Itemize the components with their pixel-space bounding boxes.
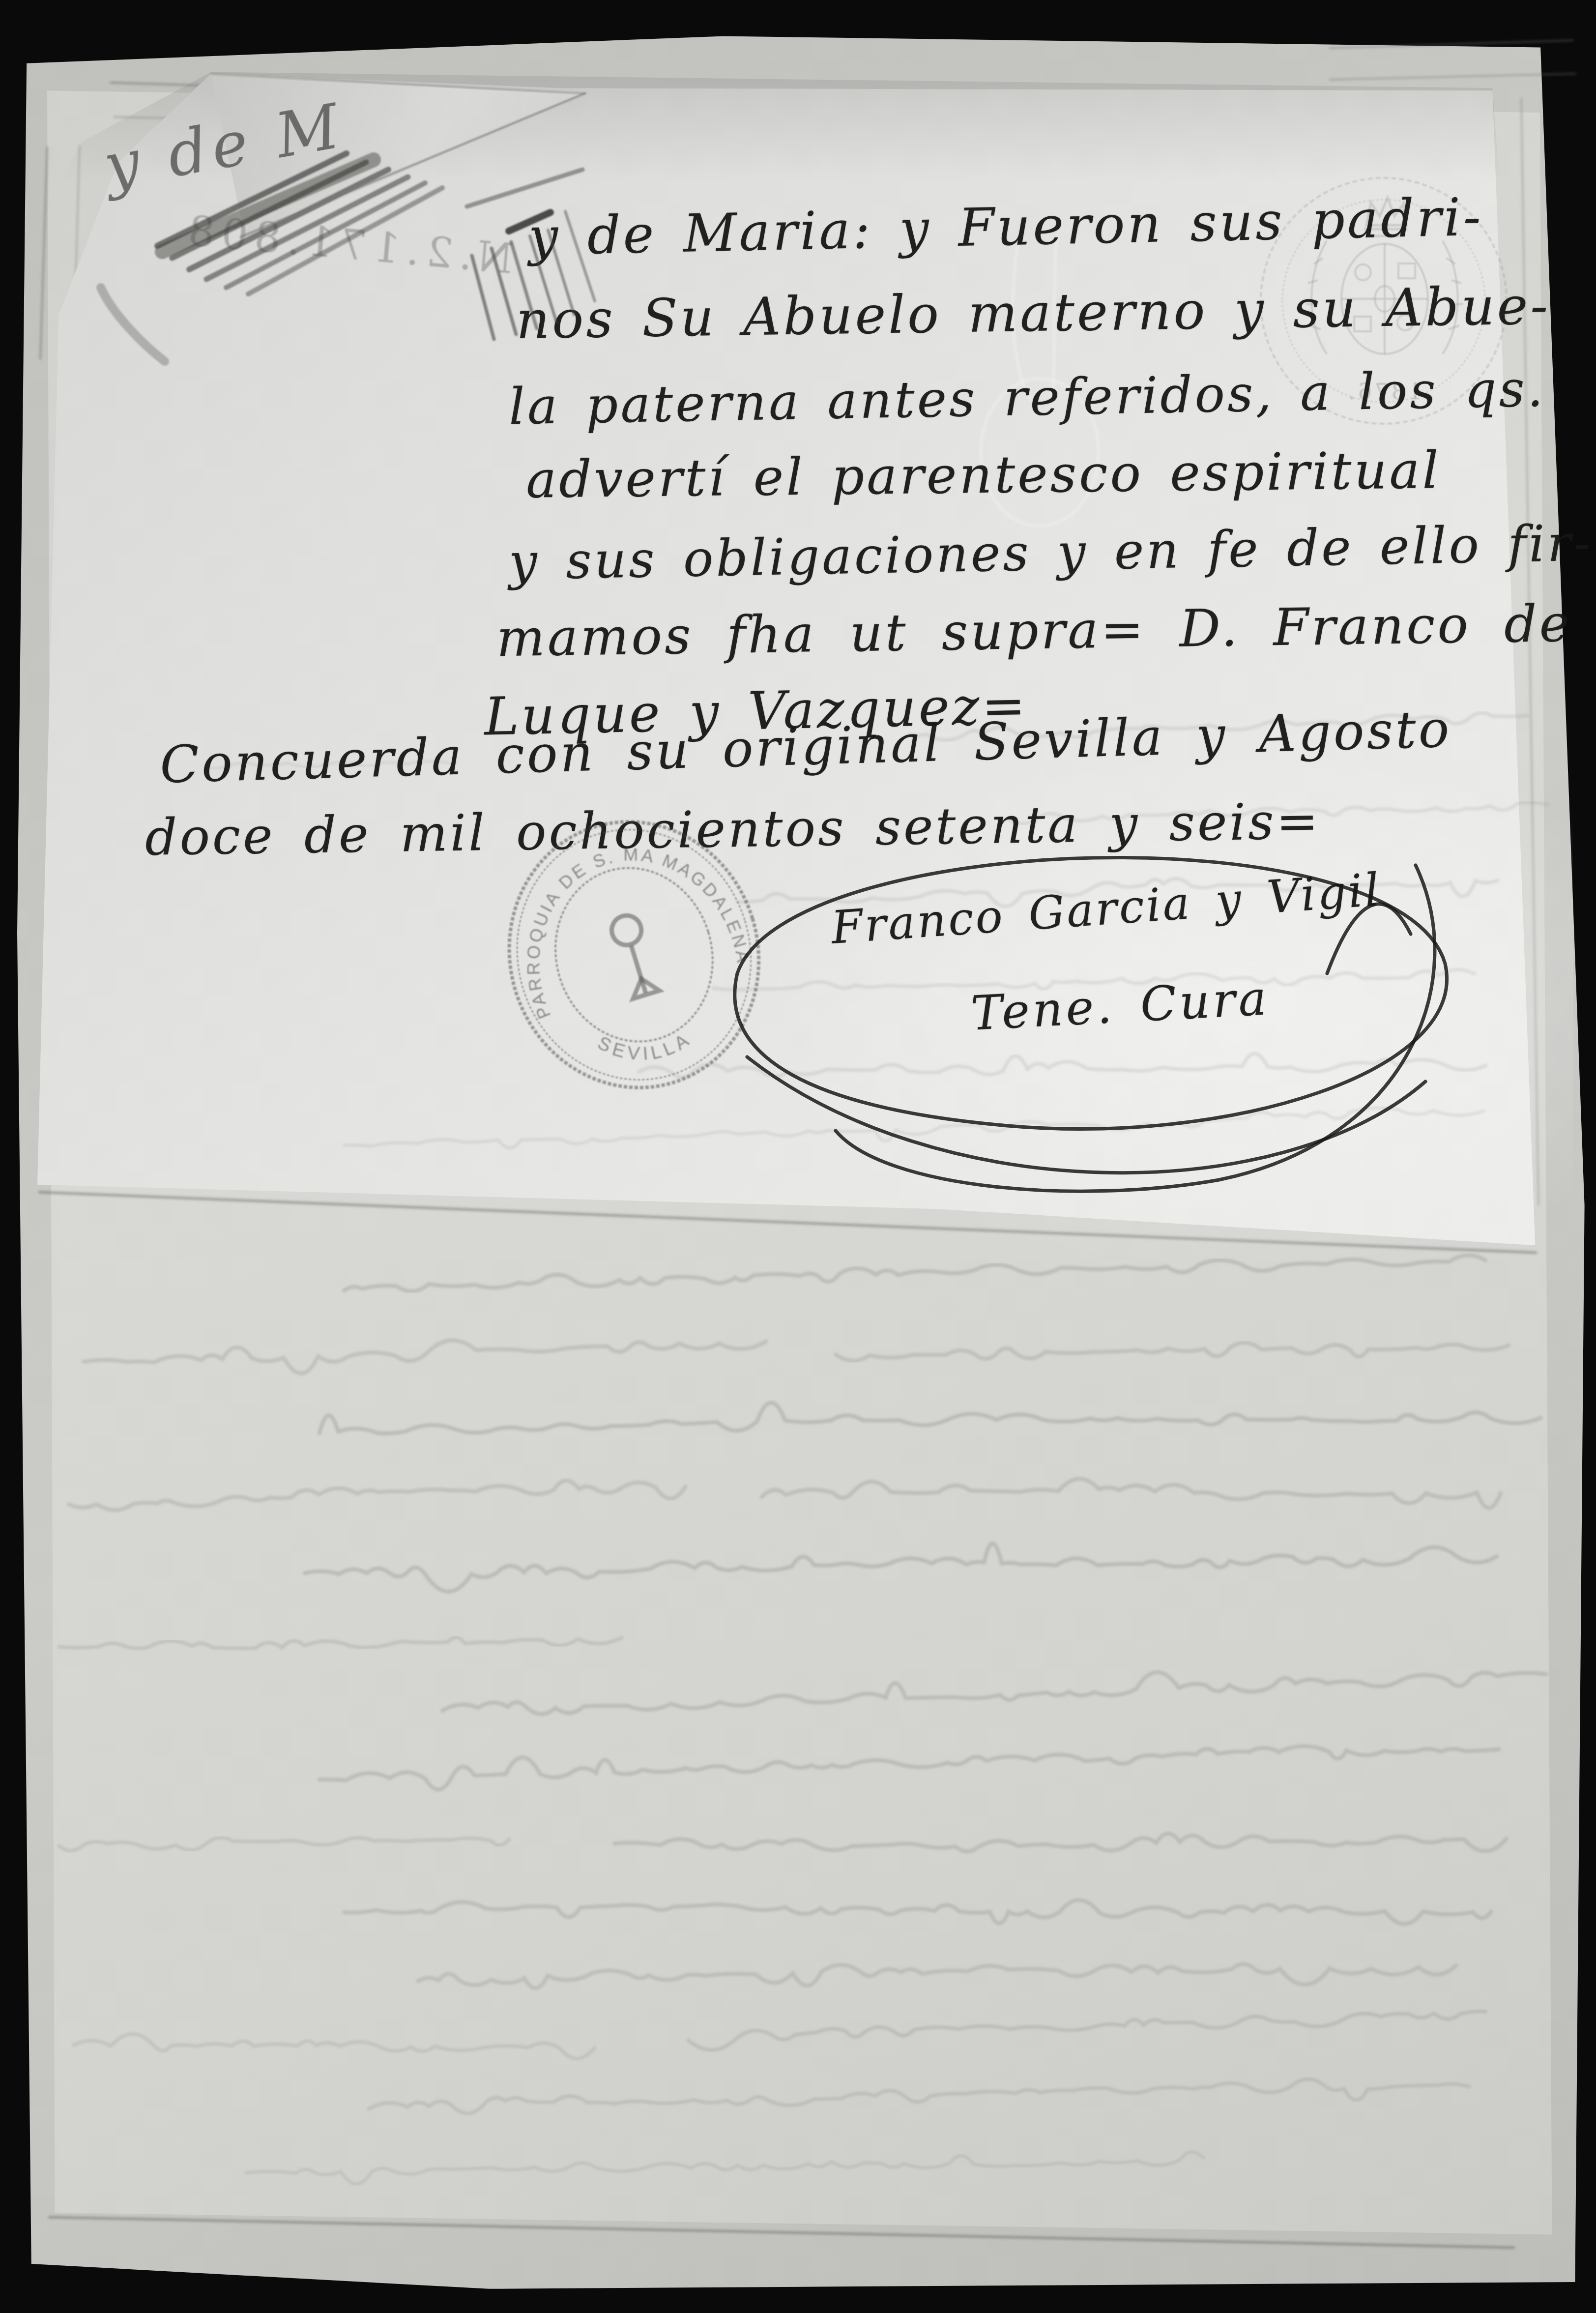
pencil-scribbles bbox=[0, 0, 688, 442]
document-scan: 1876. N.2.171.808 y de Maria: y Fueron s… bbox=[0, 0, 1596, 2313]
